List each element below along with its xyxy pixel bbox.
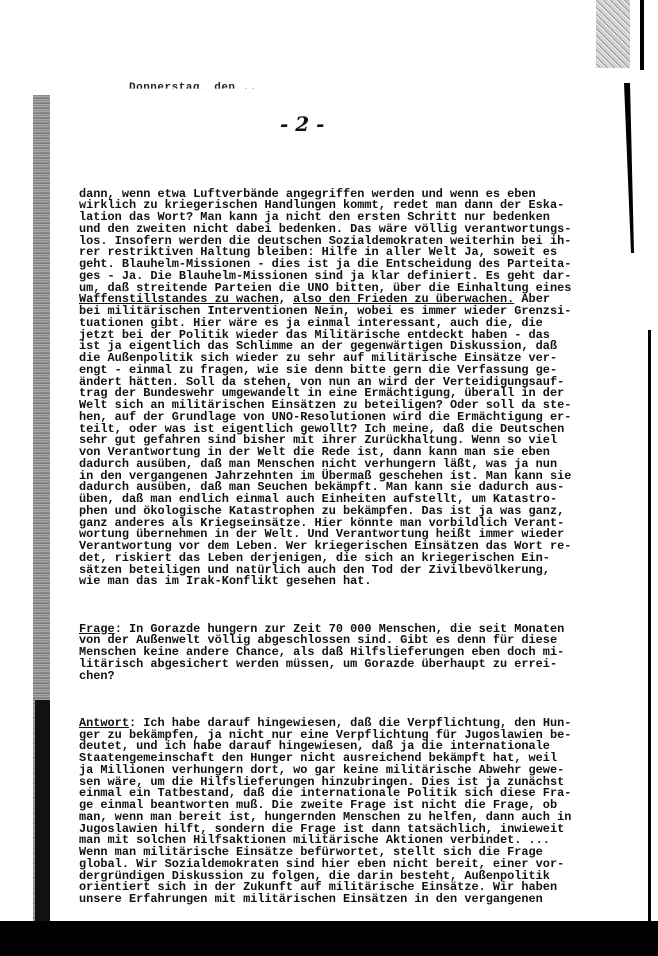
scan-bottom-border [0,921,658,956]
text-line: unsere Erfahrungen mit militärischen Ein… [79,894,639,906]
scan-edge-right-top [640,0,644,70]
scan-binding-shadow-dark [35,700,50,922]
paragraph-answer: Antwort: Ich habe darauf hingewiesen, da… [79,718,639,906]
scan-edge-right [648,330,651,925]
text-line: wie man das im Irak-Konflikt gesehen hat… [79,576,639,588]
document-body: dann, wenn etwa Luftverbände angegriffen… [79,165,639,918]
paragraph-question: Frage: In Gorazde hungern zur Zeit 70 00… [79,624,639,683]
text-line: litärisch abgesichert werden müssen, um … [79,659,639,671]
text-line: chen? [79,671,639,683]
page-number: - 2 - [280,112,324,136]
scan-noise-top-right [596,0,630,68]
paragraph-statement: dann, wenn etwa Luftverbände angegriffen… [79,189,639,589]
